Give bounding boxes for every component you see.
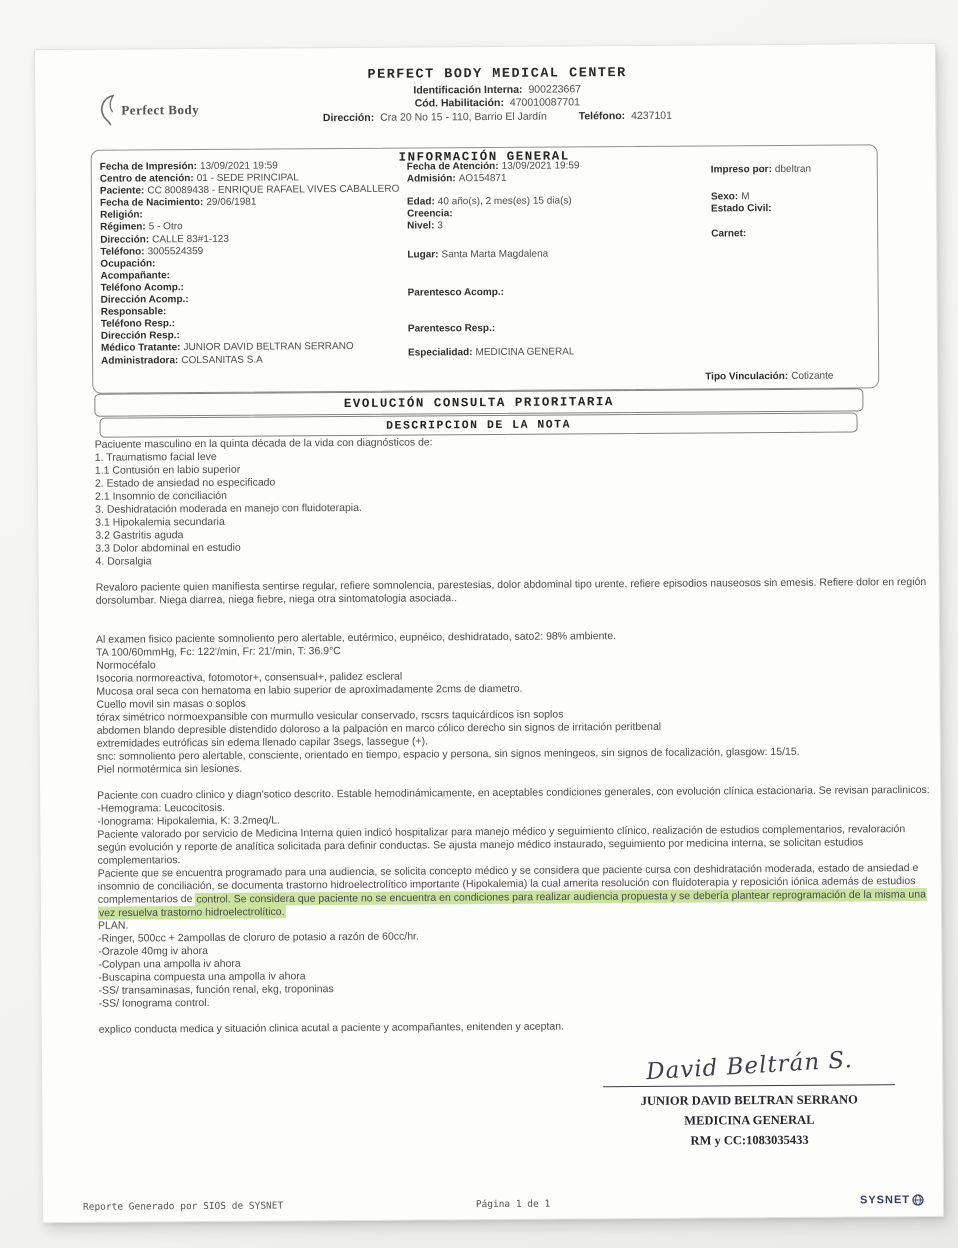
document-page: Perfect Body PERFECT BODY MEDICAL CENTER… (34, 43, 944, 1223)
physician-specialty: MEDICINA GENERAL (584, 1109, 914, 1131)
closing-paragraph: explico conducta medica y situación clin… (99, 1018, 932, 1037)
page-number: Página 1 de 1 (423, 1198, 603, 1210)
info-field-label: Acompañante: (100, 270, 170, 281)
info-field-value: CC 80089438 - ENRIQUE RAFAEL VIVES CABAL… (147, 184, 399, 197)
physical-exam-list: Al examen fisico paciente somnoliento pe… (96, 628, 930, 777)
info-field-value: JUNIOR DAVID BELTRAN SERRANO (183, 341, 353, 353)
info-field-label: Teléfono: (100, 246, 144, 257)
handwritten-signature: David Beltrán S. (645, 1047, 853, 1085)
info-field-label: Responsable: (101, 306, 167, 317)
info-field-value: CALLE 83#1-123 (152, 233, 229, 245)
info-field-value: 29/06/1981 (206, 197, 256, 208)
info-field-value: 13/09/2021 19:59 (200, 160, 278, 172)
physician-name: JUNIOR DAVID BELTRAN SERRANO (584, 1089, 914, 1111)
field-carnet: Carnet: (711, 228, 749, 240)
info-field-label: Fecha de Nacimiento: (100, 197, 203, 209)
info-field-label: Fecha de Impresión: (100, 161, 197, 173)
perfect-body-logo: Perfect Body (97, 93, 199, 128)
field-edad: Edad:40 año(s), 2 mes(es) 15 dia(s) (407, 195, 572, 208)
field-parentesco-resp: Parentesco Resp.: (408, 323, 498, 336)
history-paragraph: Revaloro paciente quien manifiesta senti… (96, 576, 929, 608)
info-field-label: Centro de atención: (100, 173, 194, 185)
internal-medicine-paragraph: Paciente valorado por servicio de Medici… (97, 823, 930, 868)
field-sexo: Sexo:M (711, 191, 750, 203)
diagnosis-list: Paciuente masculino en la quinta década … (95, 433, 929, 569)
field-fecha-atencion: Fecha de Atención:13/09/2021 19:59 (407, 160, 580, 173)
info-field-label: Médico Tratante: (101, 343, 181, 355)
plan-list: -Ringer, 500cc + 2ampollas de cloruro de… (98, 927, 932, 1011)
field-admision: Admisión:AO154871 (407, 173, 507, 186)
info-field-label: Régimen: (100, 222, 146, 233)
info-field-label: Dirección: (100, 234, 149, 245)
audiencia-paragraph: Paciente que se encuentra programado par… (98, 862, 931, 920)
info-left-column: Fecha de Impresión:13/09/2021 19:59 Cent… (100, 159, 421, 367)
sysnet-logo: SYSNET (860, 1194, 924, 1206)
page-footer: Reporte Generado por SIOS de SYSNET Pági… (43, 1196, 943, 1202)
info-field-label: Dirección Acomp.: (101, 294, 189, 306)
field-tipo-vinculacion: Tipo Vinculación:Cotizante (705, 371, 833, 383)
info-field-value: COLSANITAS S.A (181, 354, 263, 366)
info-field-value: 3005524359 (148, 246, 204, 257)
sysnet-logo-text: SYSNET (860, 1194, 910, 1206)
info-field-label: Ocupación: (100, 258, 155, 269)
perfect-body-logo-icon (97, 94, 119, 128)
info-field-value: 5 - Otro (149, 222, 183, 233)
info-field-label: Administradora: (101, 355, 178, 367)
field-parentesco-acomp: Parentesco Acomp.: (408, 287, 507, 300)
clinic-address-phone: Dirección: Cra 20 No 15 - 110, Barrio El… (187, 108, 807, 124)
info-field-label: Teléfono Resp.: (101, 318, 175, 330)
field-creencia: Creencia: (407, 208, 456, 220)
field-nivel: Nivel:3 (407, 220, 443, 232)
general-info-box: INFORMACIÓN GENERAL Fecha de Impresión:1… (91, 144, 880, 393)
field-especialidad: Especialidad:MEDICINA GENERAL (408, 346, 574, 359)
physician-registry: RM y CC:1083035433 (584, 1129, 914, 1151)
field-impreso-por: Impreso por:dbeltran (711, 164, 811, 177)
info-field-value: 01 - SEDE PRINCIPAL (197, 172, 299, 184)
info-field-label: Teléfono Acomp.: (101, 282, 184, 294)
report-generator-text: Reporte Generado por SIOS de SYSNET (83, 1200, 283, 1212)
field-lugar: Lugar:Santa Marta Magdalena (407, 249, 548, 262)
signature-block: David Beltrán S. JUNIOR DAVID BELTRAN SE… (584, 1052, 915, 1151)
info-field-row: Administradora:COLSANITAS S.A (101, 353, 421, 367)
clinic-header: PERFECT BODY MEDICAL CENTER Identificaci… (187, 65, 807, 125)
info-field-label: Paciente: (100, 186, 145, 197)
info-field-label: Religión: (100, 210, 143, 221)
note-body: Paciuente masculino en la quinta década … (95, 433, 932, 1037)
info-right-column: Impreso por:dbeltran Sexo:M Estado Civil… (711, 145, 876, 146)
globe-icon (912, 1194, 924, 1206)
info-field-label: Dirección Resp.: (101, 330, 180, 342)
field-estado-civil: Estado Civil: (711, 203, 775, 216)
